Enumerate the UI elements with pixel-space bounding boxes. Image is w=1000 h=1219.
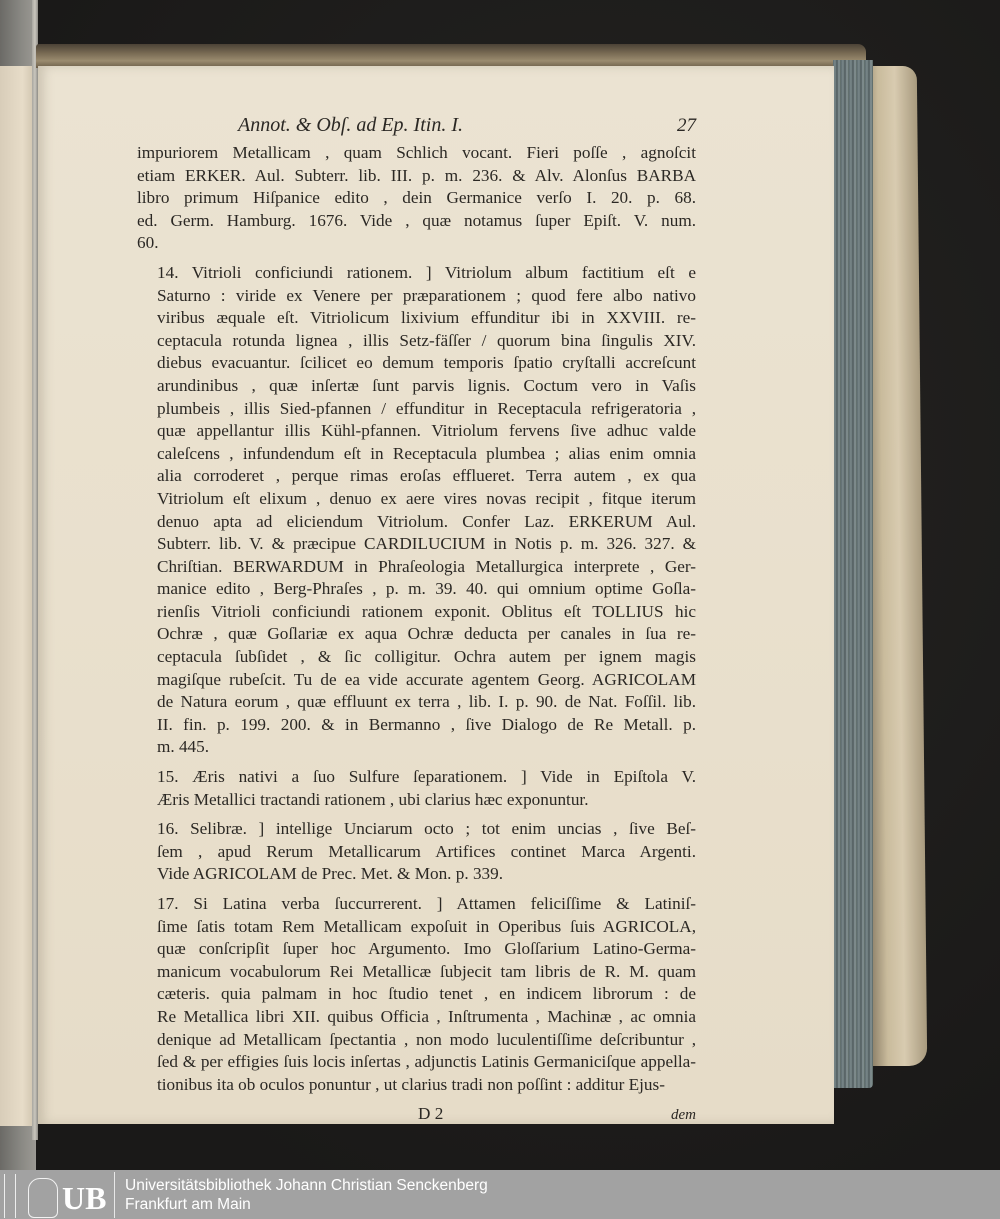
text-line: Vitriolum eſt elixum , denuo ex aere vir… [137,488,696,511]
text-line: libro primum Hiſpanice edito , dein Germ… [137,187,696,210]
book-fore-edge [833,60,873,1088]
text-line: caleſcens , infundendum eſt in Receptacu… [137,443,696,466]
text-line: ſime ſatis totam Rem Metallicam expoſuit… [137,916,696,939]
text-line: Ochræ , quæ Goſlariæ ex aqua Ochræ deduc… [137,623,696,646]
text-line: denique ad Metallicam ſpectantia , non m… [137,1029,696,1052]
page-text-block: Annot. & Obſ. ad Ep. Itin. I. 27 impurio… [137,114,696,1127]
text-line: tionibus ita ob oculos ponuntur , ut cla… [137,1074,696,1097]
text-line: Saturno : viride ex Venere per præparati… [137,285,696,308]
running-head: Annot. & Obſ. ad Ep. Itin. I. 27 [137,114,696,140]
annotation-paragraphs: impuriorem Metallicam , quam Schlich voc… [137,142,696,1096]
text-line: diebus evacuantur. ſcilicet eo demum tem… [137,352,696,375]
text-line: quæ conſcripſit ſuper hoc Argumento. Imo… [137,938,696,961]
annotation-n17: 17. Si Latina verba ſuccurrerent. ] Atta… [137,893,696,1096]
text-line: arundinibus , quæ inſertæ ſunt parvis li… [137,375,696,398]
text-line: 14. Vitrioli conficiundi rationem. ] Vit… [137,262,696,285]
text-line: Æris Metallici tractandi rationem , ubi … [137,789,696,812]
text-line: etiam ERKER. Aul. Subterr. lib. III. p. … [137,165,696,188]
annotation-n15: 15. Æris nativi a ſuo Sulfure ſeparation… [137,766,696,811]
page-number: 27 [677,115,696,138]
text-line: viribus æquale eſt. Vitriolicum lixivium… [137,307,696,330]
annotation-n14: 14. Vitrioli conficiundi rationem. ] Vit… [137,262,696,759]
signature-mark: D 2 [418,1103,443,1126]
running-head-title: Annot. & Obſ. ad Ep. Itin. I. [238,114,463,137]
book-page: Annot. & Obſ. ad Ep. Itin. I. 27 impurio… [38,66,834,1124]
page-footer-marks: D 2 dem [137,1103,696,1127]
text-line: 60. [137,232,696,255]
institution-name: Universitätsbibliothek Johann Christian … [125,1176,488,1214]
previous-page-paper [0,66,32,1126]
text-line: Re Metallica libri XII. quibus Officia ,… [137,1006,696,1029]
text-line: de Natura eorum , quæ effluunt ex terra … [137,691,696,714]
logo-text: UB [62,1180,106,1216]
text-line: ceptacula ſubſidet , & ſic colligitur. O… [137,646,696,669]
text-line: rienſis Vitrioli conficiundi rationem ex… [137,601,696,624]
library-logo: UB [4,1172,115,1218]
institution-line-2: Frankfurt am Main [125,1195,488,1214]
text-line: II. fin. p. 199. 200. & in Bermanno , ſi… [137,714,696,737]
text-line: ed. Germ. Hamburg. 1676. Vide , quæ nota… [137,210,696,233]
text-line: impuriorem Metallicam , quam Schlich voc… [137,142,696,165]
text-line: Vide AGRICOLAM de Prec. Met. & Mon. p. 3… [137,863,696,886]
text-line: Chriſtian. BERWARDUM in Phraſeologia Met… [137,556,696,579]
text-line: 16. Selibræ. ] intellige Unciarum octo ;… [137,818,696,841]
text-line: denuo apta ad eliciendum Vitriolum. Conf… [137,511,696,534]
text-line: 15. Æris nativi a ſuo Sulfure ſeparation… [137,766,696,789]
library-footer-bar: UB Universitätsbibliothek Johann Christi… [0,1170,1000,1219]
text-line: 17. Si Latina verba ſuccurrerent. ] Atta… [137,893,696,916]
text-line: quæ appellantur illis Kühl-pfannen. Vitr… [137,420,696,443]
text-line: alia corroderet , perque rimas eroſas ef… [137,465,696,488]
logo-portrait-icon [28,1178,58,1218]
institution-line-1: Universitätsbibliothek Johann Christian … [125,1176,488,1195]
text-line: cæteris. quia palmam in hoc ſtudio tenet… [137,983,696,1006]
text-line: manicum vocabulorum Rei Metallicæ ſubjec… [137,961,696,984]
text-line: plumbeis , illis Sied-pfannen / effundit… [137,398,696,421]
text-line: manice edito , Berg-Phraſes , p. m. 39. … [137,578,696,601]
annotation-n16: 16. Selibræ. ] intellige Unciarum octo ;… [137,818,696,886]
text-line: ſem , apud Rerum Metallicarum Artifices … [137,841,696,864]
logo-book-icon [4,1174,16,1218]
book-cover-top-edge [36,44,866,68]
text-line: m. 445. [137,736,696,759]
text-line: ſed & per effigies ſuis locis inſertas ,… [137,1051,696,1074]
catchword: dem [671,1104,696,1127]
annotation-p0: impuriorem Metallicam , quam Schlich voc… [137,142,696,255]
text-line: ceptacula rotunda lignea , illis Setz-fä… [137,330,696,353]
previous-page-edge [0,0,36,1170]
text-line: Subterr. lib. V. & præcipue CARDILUCIUM … [137,533,696,556]
text-line: magiſque rubeſcit. Tu de ea vide accurat… [137,669,696,692]
